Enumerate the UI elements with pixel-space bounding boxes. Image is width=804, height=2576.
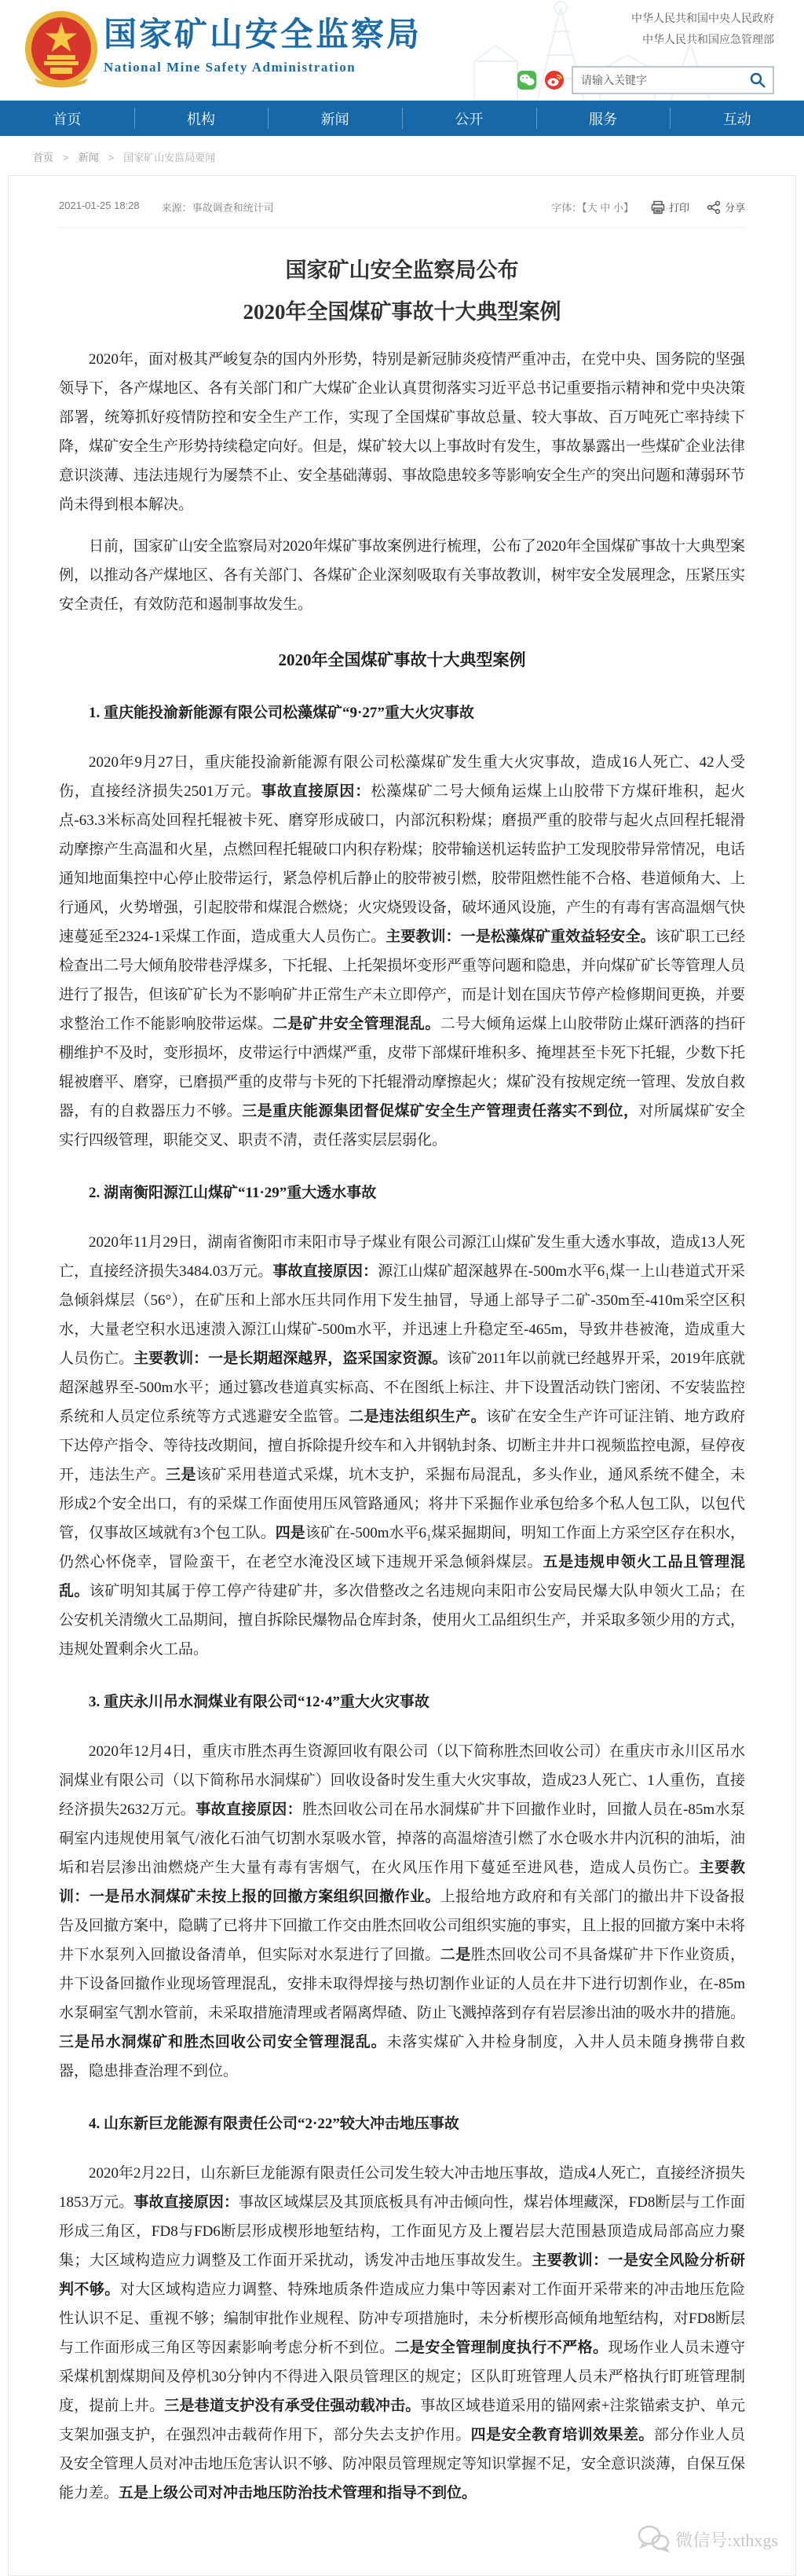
wechat-watermark: 微信号:xthxgs: [636, 2523, 778, 2555]
paragraph: 日前，国家矿山安全监察局对2020年煤矿事故案例进行梳理，公布了2020年全国煤…: [59, 532, 745, 619]
accident-case-heading: 2. 湖南衡阳源江山煤矿“11·29”重大透水事故: [59, 1178, 745, 1207]
font-size-controls[interactable]: 【大 中 小】: [582, 202, 634, 214]
main-nav-list: 首页机构新闻公开服务互动: [0, 101, 804, 136]
wechat-watermark-text: 微信号:xthxgs: [675, 2527, 778, 2552]
paragraph: 2020年11月29日，湖南省衡阳市耒阳市导子煤业有限公司源江山煤矿发生重大透水…: [59, 1228, 745, 1664]
accident-case-heading: 3. 重庆永川吊水洞煤业有限公司“12·4”重大火灾事故: [59, 1687, 745, 1717]
paragraph: 2020年12月4日，重庆市胜杰再生资源回收有限公司（以下简称胜杰回收公司）在重…: [59, 1737, 745, 2086]
gov-link-central-government[interactable]: 中华人民共和国中央人民政府: [631, 9, 774, 31]
search-input[interactable]: [581, 74, 749, 86]
site-title-cn: 国家矿山安全监察局: [104, 16, 422, 55]
paragraph: 2020年，面对极其严峻复杂的国内外形势，特别是新冠肺炎疫情严重冲击，在党中央、…: [59, 345, 745, 519]
breadcrumb-item-2[interactable]: 新闻: [79, 152, 99, 163]
site-header: 国家矿山安全监察局 National Mine Safety Administr…: [0, 0, 804, 101]
weibo-icon[interactable]: [544, 70, 565, 90]
nav-item-4[interactable]: 公开: [402, 101, 536, 136]
gov-links: 中华人民共和国中央人民政府 中华人民共和国应急管理部: [631, 9, 774, 51]
print-button[interactable]: 打印: [651, 200, 689, 214]
breadcrumb-item-1[interactable]: 首页: [33, 152, 53, 163]
article-meta-row: 2021-01-25 18:28 来源：事故调查和统计司 字体：【大 中 小】 …: [59, 193, 745, 228]
nav-item-6[interactable]: 互动: [670, 101, 804, 136]
nav-item-5[interactable]: 服务: [536, 101, 671, 136]
search-icon[interactable]: [749, 71, 766, 89]
breadcrumb: 首页>新闻>国家矿山安监局要闻: [0, 136, 804, 175]
nav-item-2[interactable]: 机构: [134, 101, 269, 136]
article-body: 2020年，面对极其严峻复杂的国内外形势，特别是新冠肺炎疫情严重冲击，在党中央、…: [59, 345, 745, 2508]
site-title-en: National Mine Safety Administration: [104, 60, 422, 75]
site-title-block: 国家矿山安全监察局 National Mine Safety Administr…: [104, 16, 422, 75]
accident-case-heading: 1. 重庆能投渝新能源有限公司松藻煤矿“9·27”重大火灾事故: [59, 698, 745, 727]
font-size-label: 字体：【大 中 小】: [551, 200, 634, 214]
article-meta-right: 字体：【大 中 小】 打印 分享: [551, 200, 745, 214]
share-icon: [707, 200, 721, 214]
accident-case-heading: 4. 山东新巨龙能源有限责任公司“2·22”较大冲击地压事故: [59, 2109, 745, 2138]
search-box: [572, 66, 774, 94]
article-title-line2: 2020年全国煤矿事故十大典型案例: [243, 300, 561, 324]
wechat-watermark-icon: [636, 2523, 671, 2555]
nav-item-1[interactable]: 首页: [0, 101, 134, 136]
article-card: 2021-01-25 18:28 来源：事故调查和统计司 字体：【大 中 小】 …: [8, 175, 796, 2576]
print-icon: [651, 200, 665, 214]
main-nav: 首页机构新闻公开服务互动: [0, 101, 804, 136]
header-tools: [517, 66, 774, 94]
article-title: 国家矿山安全监察局公布 2020年全国煤矿事故十大典型案例: [59, 250, 745, 332]
article-section-title: 2020年全国煤矿事故十大典型案例: [59, 646, 745, 675]
paragraph: 2020年2月22日，山东新巨龙能源有限责任公司发生较大冲击地压事故，造成4人死…: [59, 2159, 745, 2508]
national-emblem-icon: [24, 9, 99, 88]
wechat-icon[interactable]: [517, 70, 537, 90]
article-source: 来源：事故调查和统计司: [162, 200, 274, 214]
gov-link-mem[interactable]: 中华人民共和国应急管理部: [631, 31, 774, 52]
article-datetime: 2021-01-25 18:28: [59, 200, 140, 214]
breadcrumb-item-3: 国家矿山安监局要闻: [123, 152, 215, 163]
share-button[interactable]: 分享: [707, 200, 745, 214]
article-title-line1: 国家矿山安全监察局公布: [286, 258, 519, 282]
paragraph: 2020年9月27日，重庆能投渝新能源有限公司松藻煤矿发生重大火灾事故，造成16…: [59, 748, 745, 1155]
breadcrumb-separator: >: [63, 152, 69, 163]
article-meta-left: 2021-01-25 18:28 来源：事故调查和统计司: [59, 200, 274, 214]
nav-item-3[interactable]: 新闻: [268, 101, 402, 136]
breadcrumb-separator: >: [108, 152, 115, 163]
